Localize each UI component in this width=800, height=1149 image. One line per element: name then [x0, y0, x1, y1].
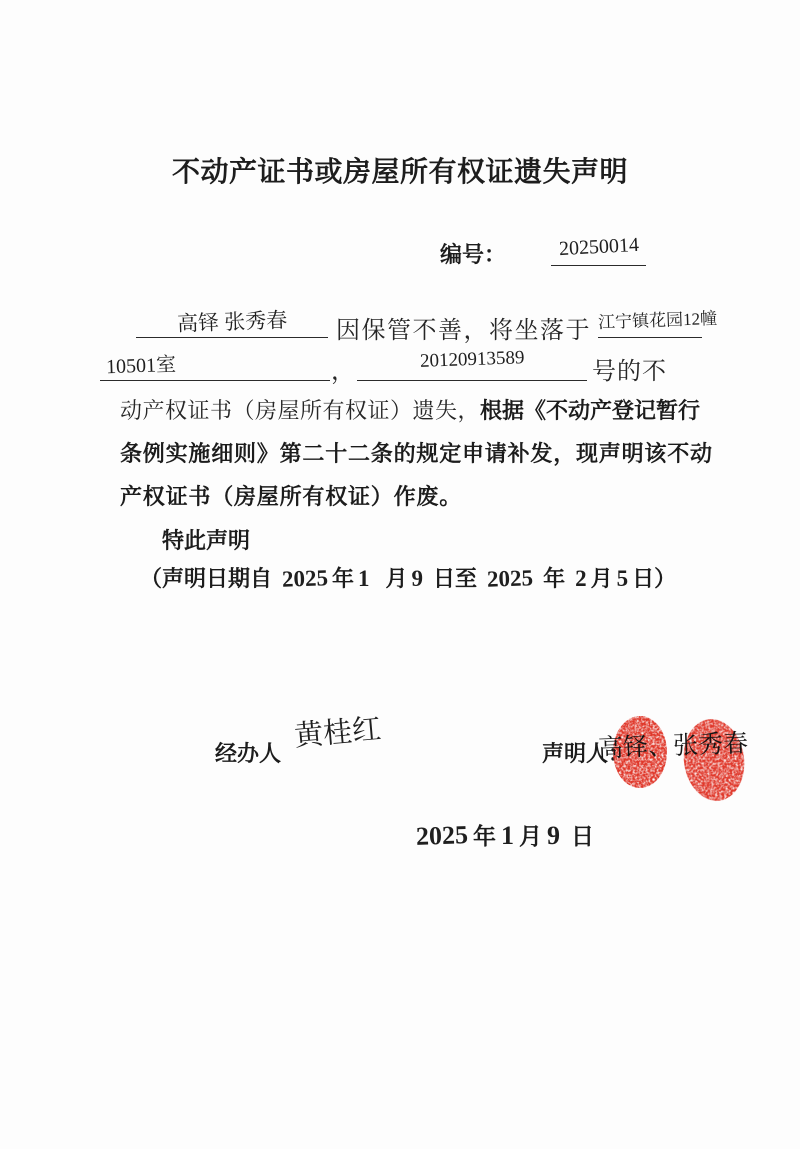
body-line4: 条例实施细则》第二十二条的规定申请补发，现声明该不动: [120, 437, 713, 468]
validity-year2-label: 年: [543, 562, 565, 593]
date-day-label: 日: [571, 818, 594, 851]
body-line3-serif: 动产权证书（房屋所有权证）遗失，: [120, 398, 480, 423]
date-year-handwritten: 2025: [415, 820, 468, 852]
body-line1-printed: 因保管不善，将坐落于: [336, 310, 591, 345]
validity-month2-label: 月: [591, 562, 613, 593]
body-line2-comma: ，: [331, 351, 355, 386]
validity-to-label: 日至: [433, 562, 477, 593]
body-line3-bold: 根据《不动产登记暂行: [480, 398, 700, 423]
body-line2-printed: 号的不: [592, 351, 667, 386]
hereby-statement: 特此声明: [162, 524, 250, 555]
validity-day1-handwritten: 9: [412, 566, 424, 592]
declarant-signature-handwritten: 高铎、张秀春: [597, 723, 748, 764]
document-date-line: 2025 年 1 月 9 日: [416, 818, 599, 851]
date-year-label: 年: [473, 818, 496, 851]
validity-year1-handwritten: 2025: [282, 565, 329, 593]
validity-close: 日）: [632, 562, 676, 593]
handler-label: 经办人: [215, 737, 281, 768]
document-title: 不动产证书或房屋所有权证遗失声明: [0, 150, 800, 190]
address-field-part1: 江宁镇花园12幢: [598, 306, 702, 338]
body-line3: 动产权证书（房屋所有权证）遗失，根据《不动产登记暂行: [120, 394, 700, 425]
scanned-declaration-document: 不动产证书或房屋所有权证遗失声明 编号： 20250014 高铎 张秀春 因保管…: [0, 0, 800, 1149]
validity-day2-handwritten: 5: [617, 566, 629, 592]
validity-year1-label: 年: [332, 562, 354, 593]
serial-number-handwritten: 20250014: [558, 234, 639, 261]
certificate-number-field: 20120913589: [357, 349, 587, 381]
validity-open: （声明日期自: [140, 562, 272, 593]
address-part1-handwritten: 江宁镇花园12幢: [598, 304, 718, 333]
date-day-handwritten: 9: [547, 821, 560, 851]
validity-month1-handwritten: 1: [358, 566, 370, 592]
owner-names-field: 高铎 张秀春: [136, 306, 328, 338]
address-field-part2: 10501室: [100, 349, 330, 381]
date-month-label: 月: [519, 818, 542, 851]
body-line5: 产权证书（房屋所有权证）作废。: [120, 480, 462, 511]
validity-year2-handwritten: 2025: [487, 565, 534, 593]
validity-month1-label: 月: [386, 562, 408, 593]
certificate-number-handwritten: 20120913589: [419, 347, 524, 373]
validity-month2-handwritten: 2: [575, 566, 587, 592]
owner-names-handwritten: 高铎 张秀春: [176, 304, 287, 338]
address-part2-handwritten: 10501室: [106, 348, 177, 379]
serial-number-label: 编号：: [440, 238, 506, 269]
handler-signature-handwritten: 黄桂红: [292, 706, 382, 754]
serial-number-field: 20250014: [551, 236, 646, 266]
validity-period-line: （声明日期自 2025 年 1 月 9 日至 2025 年 2 月 5 日）: [140, 562, 680, 593]
date-month-handwritten: 1: [501, 821, 514, 851]
